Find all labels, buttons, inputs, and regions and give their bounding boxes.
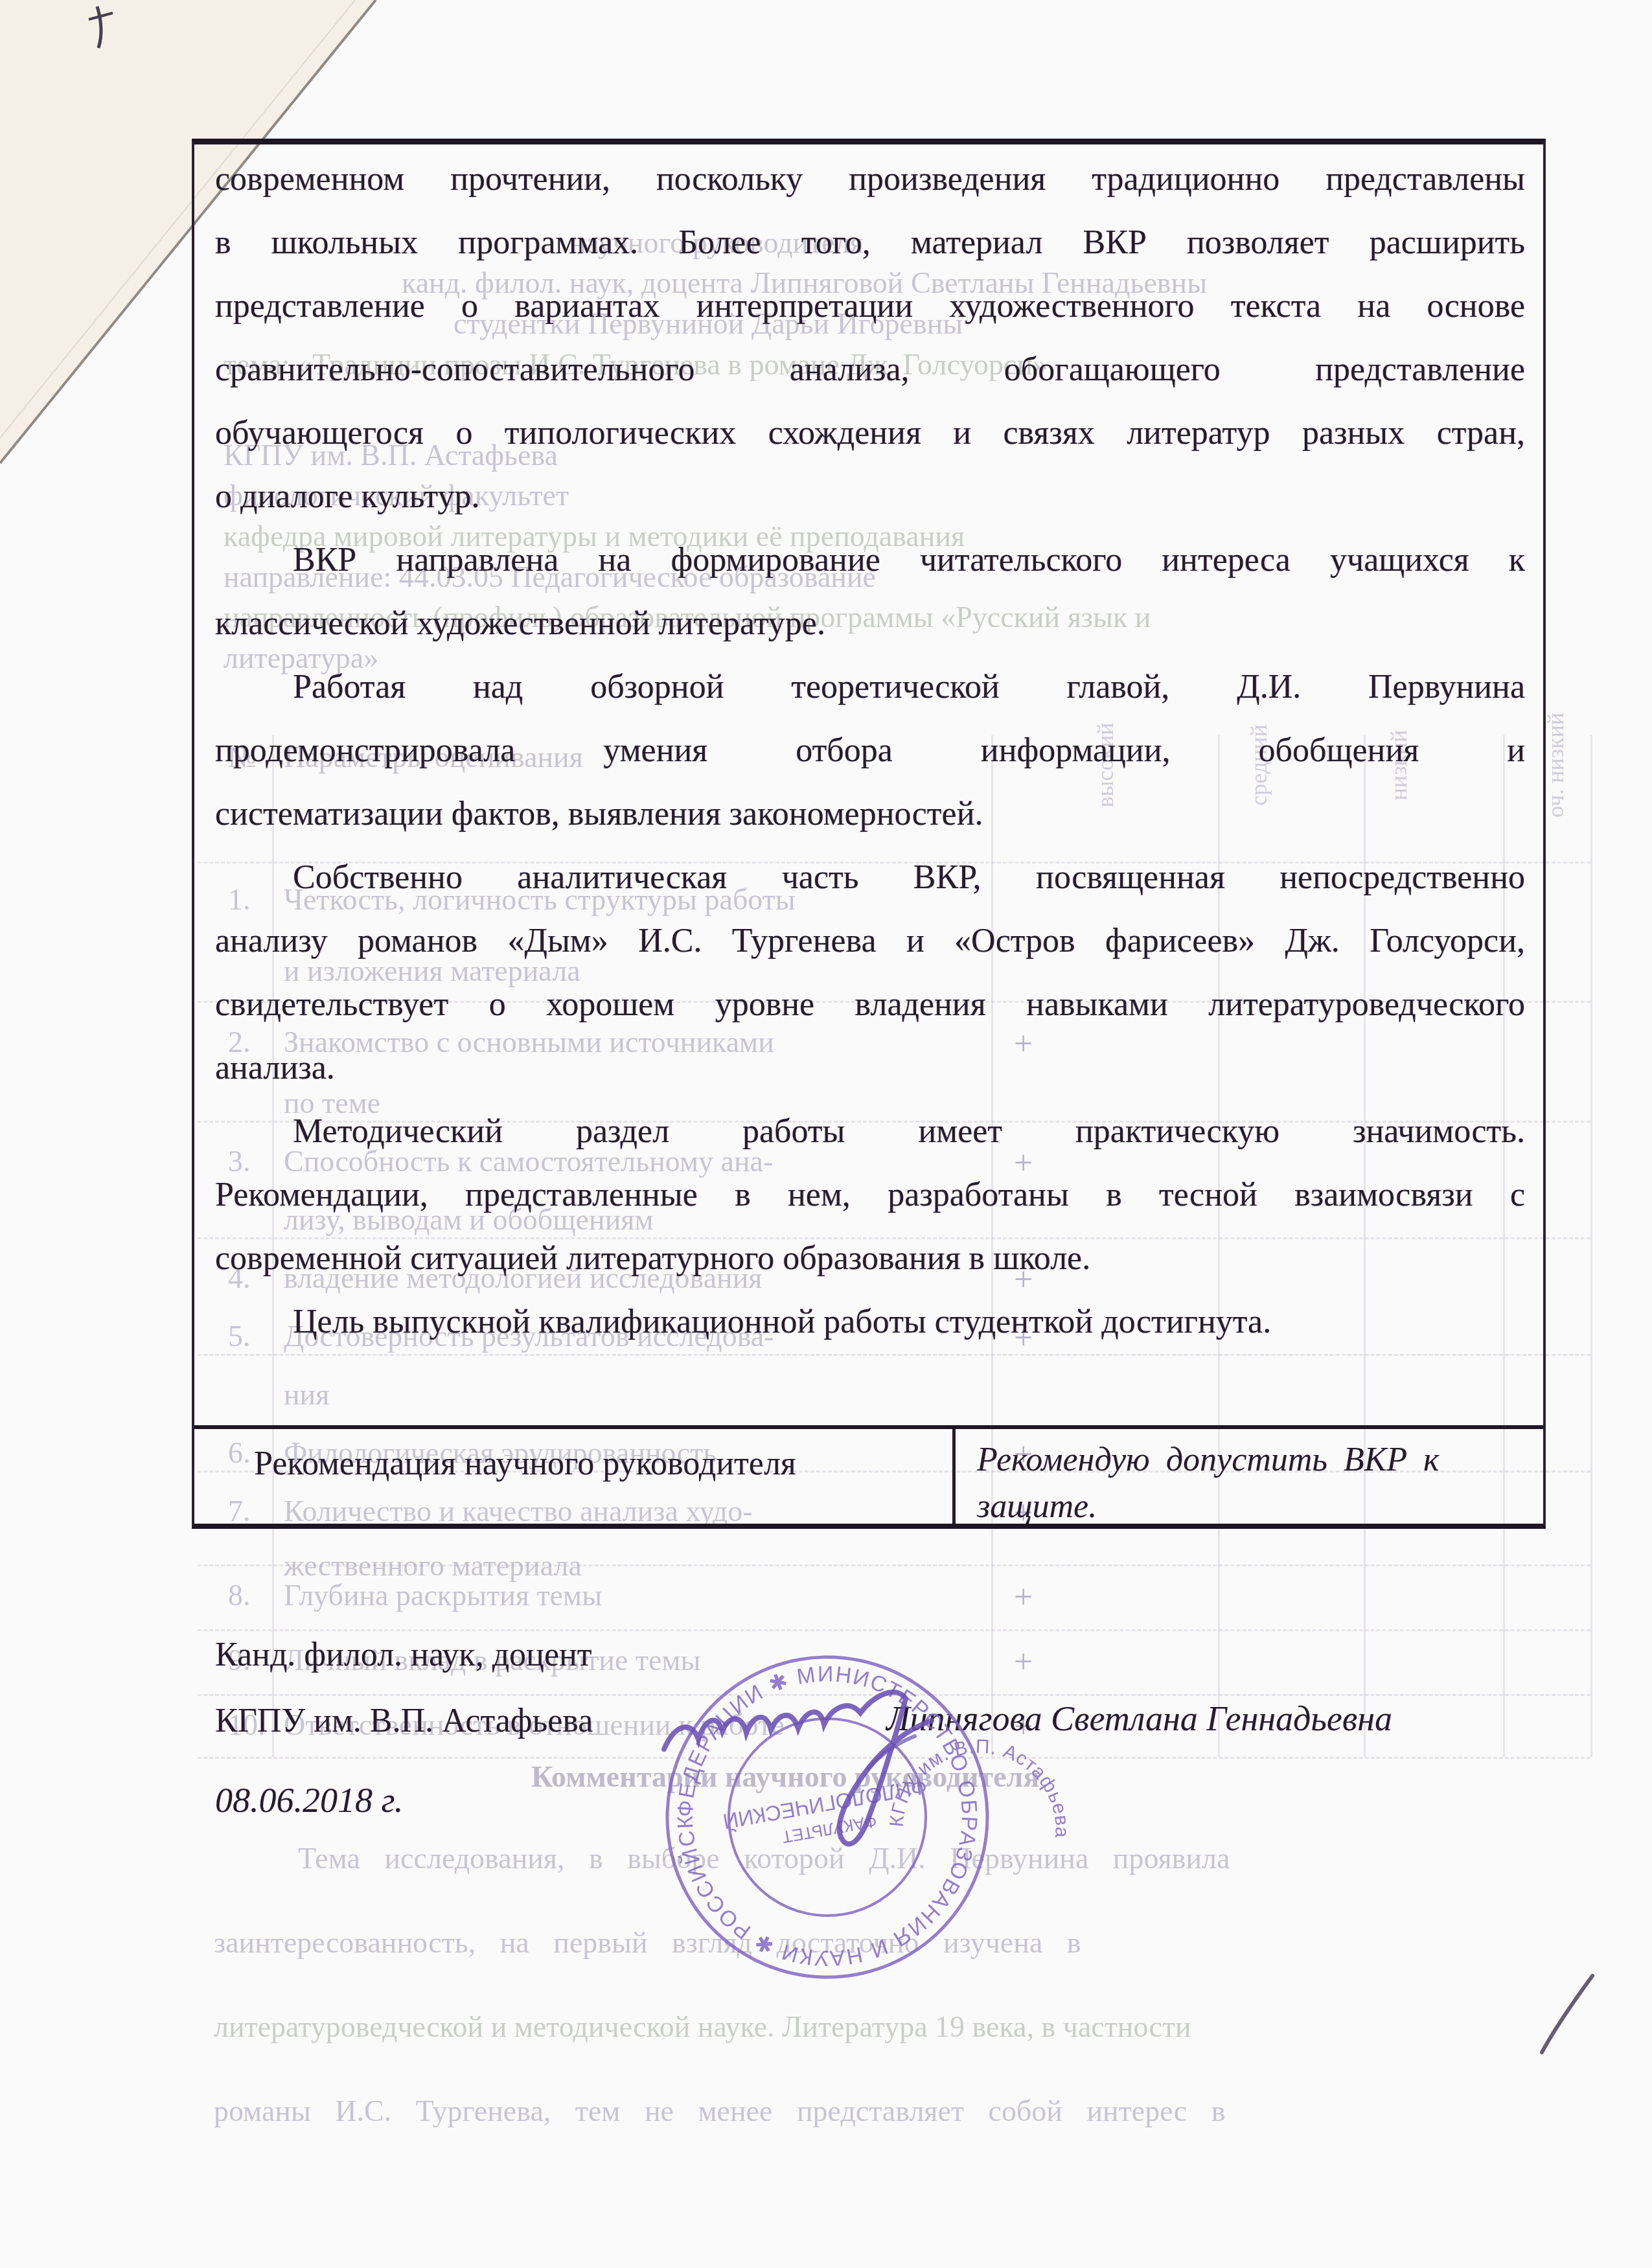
text-line: современной ситуацией литературного обра… bbox=[215, 1227, 1525, 1290]
bleed-text: Глубина раскрытия темы bbox=[284, 1578, 602, 1612]
text-line: в школьных программах. Более того, матер… bbox=[215, 211, 1525, 275]
bleed-text: 8. bbox=[228, 1578, 251, 1612]
text-line: представление о вариантах интерпретации … bbox=[215, 275, 1525, 338]
bleed-text: оч. низкий bbox=[1542, 713, 1569, 818]
bleed-table-hline bbox=[198, 1564, 1590, 1566]
recommendation-row-divider bbox=[952, 1429, 956, 1524]
text-line: свидетельствует о хорошем уровне владени… bbox=[215, 973, 1525, 1037]
bleed-text: литературоведческой и методической науке… bbox=[214, 2010, 1191, 2044]
text-line: о диалоге культур. bbox=[215, 465, 1525, 529]
text-line: Цель выпускной квалификационной работы с… bbox=[215, 1290, 1525, 1354]
handwritten-signature bbox=[654, 1658, 991, 1918]
bleed-table-hline bbox=[198, 1629, 1590, 1631]
signature-date: 08.06.2018 г. bbox=[215, 1780, 403, 1820]
scanned-review-page: научного руководителяканд. филол. наук, … bbox=[0, 0, 1652, 2268]
bleed-text: + bbox=[1014, 1578, 1033, 1616]
recommendation-value-line2: защите. bbox=[977, 1486, 1534, 1528]
text-line: Собственно аналитическая часть ВКР, посв… bbox=[215, 846, 1525, 910]
recommendation-label: Рекомендация научного руководителя bbox=[254, 1443, 928, 1485]
text-line: Работая над обзорной теоретической главо… bbox=[215, 656, 1525, 719]
signer-degree: Канд. филол. наук, доцент bbox=[215, 1635, 592, 1675]
text-line: сравнительно-сопоставительного анализа, … bbox=[215, 338, 1525, 402]
pen-slash-mark bbox=[1516, 1950, 1646, 2079]
bleed-text: жественного материала bbox=[284, 1548, 582, 1583]
text-line: систематизации фактов, выявления законом… bbox=[215, 783, 1525, 846]
text-line: анализу романов «Дым» И.С. Тургенева и «… bbox=[215, 910, 1525, 973]
bleed-table-vline bbox=[1590, 735, 1592, 1757]
signer-university: КГПУ им. В.П. Астафьева bbox=[215, 1701, 593, 1741]
text-line: современном прочтении, поскольку произве… bbox=[215, 148, 1525, 211]
text-line: продемонстрировала умения отбора информа… bbox=[215, 719, 1525, 783]
text-line: ВКР направлена на формирование читательс… bbox=[215, 529, 1525, 592]
recommendation-value-line1: Рекомендую допустить ВКР к bbox=[977, 1439, 1534, 1481]
text-line: анализа. bbox=[215, 1037, 1525, 1100]
text-line: Рекомендации, представленные в нем, разр… bbox=[215, 1163, 1525, 1227]
main-text: современном прочтении, поскольку произве… bbox=[215, 148, 1525, 1354]
recommendation-row-top-border bbox=[194, 1425, 1543, 1429]
text-line: обучающегося о типологических схождения … bbox=[215, 402, 1525, 465]
text-line: Методический раздел работы имеет практич… bbox=[215, 1100, 1525, 1163]
text-line: классической художественной литературе. bbox=[215, 592, 1525, 656]
bleed-text: романы И.С. Тургенева, тем не менее пред… bbox=[214, 2094, 1225, 2128]
bleed-text: + bbox=[1014, 1643, 1033, 1681]
